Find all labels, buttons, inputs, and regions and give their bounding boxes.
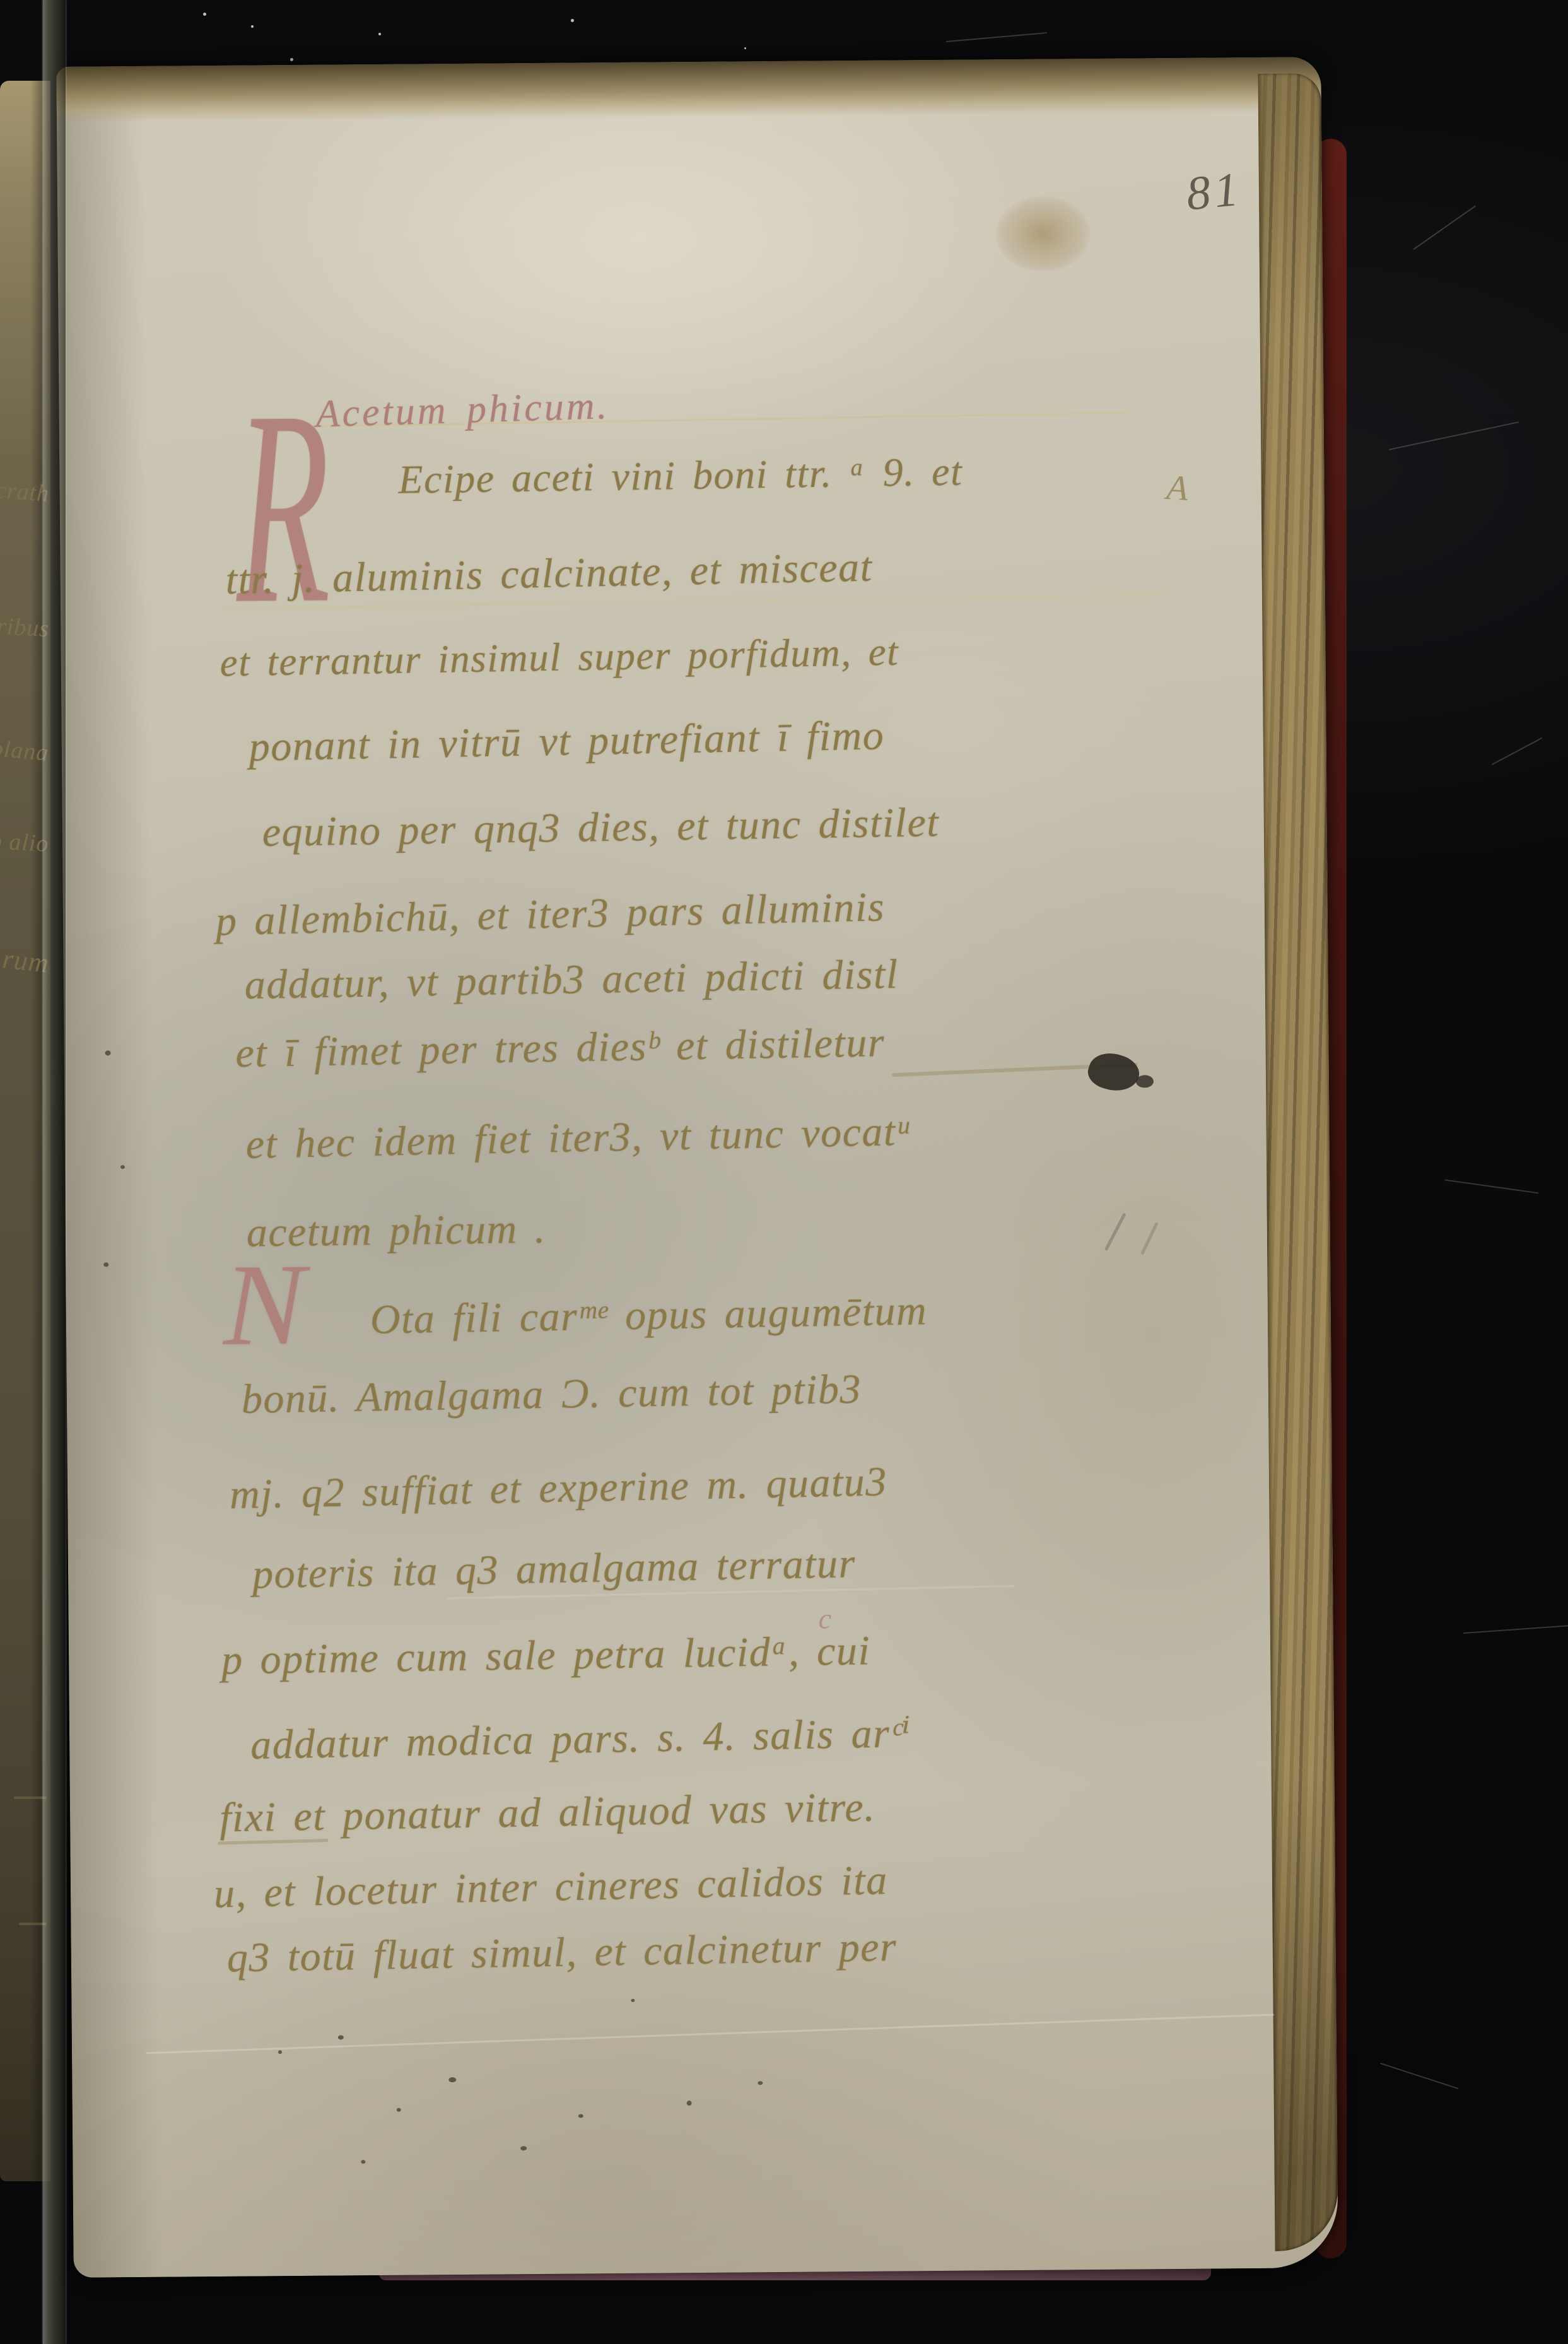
text-line: poteris ita q3 amalgama terratur bbox=[252, 1543, 856, 1596]
scratch-mark bbox=[946, 32, 1047, 42]
manuscript-page: 81 Acetum phicum. R N Ecipe aceti vini b… bbox=[56, 57, 1338, 2278]
ink-speck bbox=[278, 2050, 282, 2054]
margin-letter-c: c bbox=[818, 1604, 831, 1633]
ink-speck bbox=[520, 2146, 527, 2150]
ink-speck bbox=[397, 2108, 401, 2112]
scratch-mark bbox=[1380, 2063, 1458, 2089]
ink-speck bbox=[120, 1165, 125, 1169]
text-line: addatur modica pars. s. 4. salis arᶜⁱ bbox=[250, 1713, 912, 1766]
text-line: et hec idem fiet iter3, vt tunc vocatᵘ bbox=[245, 1111, 910, 1166]
margin-pencil-marks bbox=[1104, 1212, 1126, 1251]
margin-letter-a: A bbox=[1166, 470, 1190, 507]
margin-pencil-marks bbox=[1140, 1222, 1159, 1255]
crease-line bbox=[146, 2013, 1274, 2054]
scratch-mark bbox=[1492, 737, 1542, 765]
scratch-mark bbox=[1389, 421, 1519, 450]
dust-speck bbox=[744, 47, 746, 49]
ink-speck bbox=[105, 1050, 111, 1055]
text-line: et ī fimet per tres diesᵇ et distiletur bbox=[235, 1022, 885, 1074]
text-line: p optime cum sale petra lucidᵃ, cui bbox=[221, 1630, 871, 1681]
text-line: ttr. j. aluminis calcinate, et misceat bbox=[225, 547, 873, 602]
text-line: acetum phicum . bbox=[246, 1209, 546, 1254]
ink-speck bbox=[448, 2077, 456, 2082]
manuscript-photo: crath ribus plana ab alio rum 81 Acetum … bbox=[0, 0, 1568, 2344]
text-line: p allembichū, et iter3 pars alluminis bbox=[215, 886, 885, 942]
dust-speck bbox=[251, 25, 254, 28]
initial-N: N bbox=[223, 1246, 305, 1364]
folio-number: 81 bbox=[1184, 165, 1244, 218]
scratch-mark bbox=[1445, 1180, 1539, 1194]
ink-speck bbox=[361, 2160, 365, 2164]
ink-speck bbox=[631, 1999, 635, 2002]
ink-blot bbox=[1084, 1047, 1144, 1097]
text-line: Ota fili carᵐᵉ opus augumētum bbox=[370, 1290, 927, 1341]
page-top-edge bbox=[56, 57, 1321, 122]
text-line: ponant in vitrū vt putrefiant ī fimo bbox=[249, 715, 885, 768]
text-line: mj. q2 suffiat et experine m. quatu3 bbox=[229, 1461, 887, 1516]
glass-clamp-strip bbox=[43, 0, 66, 2344]
text-line: bonū. Amalgama Ɔ. cum tot ptib3 bbox=[241, 1369, 862, 1421]
text-line: u, et locetur inter cineres calidos ita bbox=[213, 1860, 888, 1914]
parchment-stain bbox=[995, 196, 1091, 272]
rubric-heading: Acetum phicum. bbox=[315, 384, 610, 437]
text-line: equino per qnq3 dies, et tunc distilet bbox=[262, 802, 939, 853]
ink-blot bbox=[1136, 1075, 1154, 1087]
scratch-mark bbox=[1413, 206, 1475, 250]
ink-speck bbox=[338, 2035, 344, 2039]
text-line: Ecipe aceti vini boni ttr. ᵃ 9. et bbox=[398, 452, 963, 500]
dust-speck bbox=[290, 58, 293, 61]
ink-speck bbox=[687, 2101, 692, 2106]
ink-speck bbox=[578, 2114, 583, 2118]
dust-speck bbox=[203, 13, 206, 16]
text-line: addatur, vt partib3 aceti pdicti distl bbox=[244, 954, 899, 1006]
dust-speck bbox=[571, 19, 574, 22]
ink-speck bbox=[758, 2081, 763, 2085]
ink-speck bbox=[103, 1262, 108, 1267]
text-line: et terrantur insimul super porfidum, et bbox=[219, 632, 899, 683]
dust-speck bbox=[378, 33, 381, 35]
scratch-mark bbox=[1463, 1622, 1568, 1634]
bleedthrough-text bbox=[14, 1796, 47, 1799]
text-line: fixi et ponatur ad aliquod vas vitre. bbox=[219, 1786, 876, 1839]
text-line: q3 totū fluat simul, et calcinetur per bbox=[226, 1926, 897, 1979]
